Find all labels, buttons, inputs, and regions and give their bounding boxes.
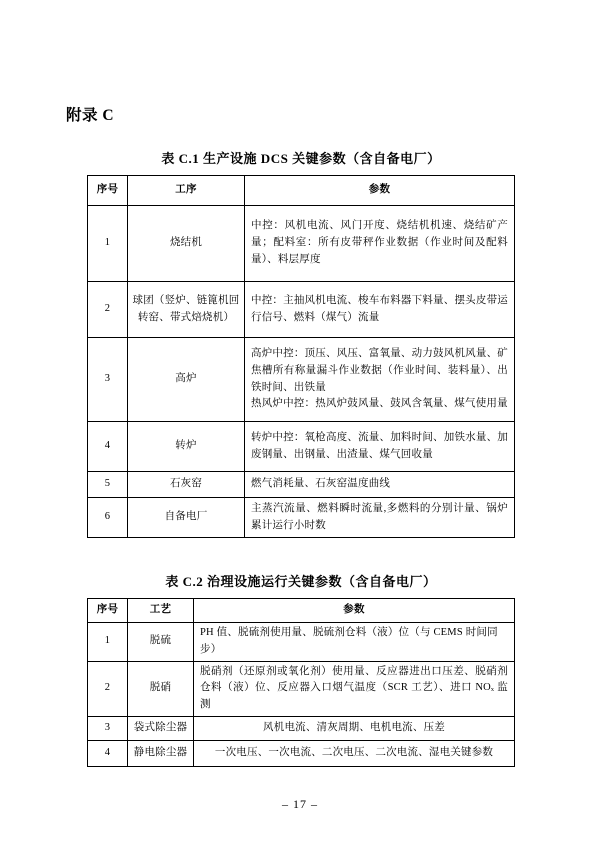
table-row: 3 袋式除尘器 风机电流、清灰周期、电机电流、压差 <box>88 716 515 740</box>
row-process: 转炉 <box>128 422 245 472</box>
table-c2-title: 表 C.2 治理设施运行关键参数（含自备电厂） <box>87 571 515 590</box>
row-params-line: 高炉中控：顶压、风压、富氧量、动力鼓风机风量、矿焦槽所有称量漏斗作业数据（作业时… <box>251 346 508 396</box>
row-process: 烧结机 <box>128 206 245 282</box>
row-no: 1 <box>88 206 128 282</box>
row-no: 2 <box>88 282 128 338</box>
row-params: 高炉中控：顶压、风压、富氧量、动力鼓风机风量、矿焦槽所有称量漏斗作业数据（作业时… <box>245 338 515 422</box>
row-params: 中控：风机电流、风门开度、烧结机机速、烧结矿产量；配料室：所有皮带秤作业数据（作… <box>245 206 515 282</box>
row-no: 4 <box>88 740 128 766</box>
table-c1-header-process: 工序 <box>128 176 245 206</box>
table-c1-header-params: 参数 <box>245 176 515 206</box>
row-params: 脱硝剂（还原剂或氧化剂）使用量、反应器进出口压差、脱硝剂仓料（液）位、反应器入口… <box>194 661 515 716</box>
row-process: 自备电厂 <box>128 498 245 538</box>
row-no: 2 <box>88 661 128 716</box>
row-params: 风机电流、清灰周期、电机电流、压差 <box>194 716 515 740</box>
row-params: 转炉中控：氧枪高度、流量、加料时间、加铁水量、加废钢量、出钢量、出渣量、煤气回收… <box>245 422 515 472</box>
page-number: – 17 – <box>0 797 600 812</box>
table-row: 1 脱硫 PH 值、脱硫剂使用量、脱硫剂仓料（液）位（与 CEMS 时间同步） <box>88 623 515 662</box>
table-c1-header-no: 序号 <box>88 176 128 206</box>
row-process: 球团（竖炉、链篦机回转窑、带式焙烧机） <box>128 282 245 338</box>
table-row: 4 静电除尘器 一次电压、一次电流、二次电压、二次电流、湿电关键参数 <box>88 740 515 766</box>
row-process: 静电除尘器 <box>128 740 194 766</box>
row-params: 燃气消耗量、石灰窑温度曲线 <box>245 472 515 498</box>
table-c2-header-process: 工艺 <box>128 599 194 623</box>
table-c1-block: 表 C.1 生产设施 DCS 关键参数（含自备电厂） 序号 工序 参数 1 烧结… <box>87 148 515 538</box>
row-params: 中控：主抽风机电流、梭车布料器下料量、摆头皮带运行信号、燃料（煤气）流量 <box>245 282 515 338</box>
row-no: 5 <box>88 472 128 498</box>
row-process: 脱硝 <box>128 661 194 716</box>
table-c1-title: 表 C.1 生产设施 DCS 关键参数（含自备电厂） <box>87 148 515 167</box>
row-no: 4 <box>88 422 128 472</box>
table-row: 2 球团（竖炉、链篦机回转窑、带式焙烧机） 中控：主抽风机电流、梭车布料器下料量… <box>88 282 515 338</box>
row-no: 3 <box>88 716 128 740</box>
row-params-line: 热风炉中控：热风炉鼓风量、鼓风含氧量、煤气使用量 <box>251 396 508 413</box>
table-c2-header-row: 序号 工艺 参数 <box>88 599 515 623</box>
table-row: 5 石灰窑 燃气消耗量、石灰窑温度曲线 <box>88 472 515 498</box>
table-c1: 序号 工序 参数 1 烧结机 中控：风机电流、风门开度、烧结机机速、烧结矿产量；… <box>87 175 515 538</box>
row-process: 高炉 <box>128 338 245 422</box>
table-row: 3 高炉 高炉中控：顶压、风压、富氧量、动力鼓风机风量、矿焦槽所有称量漏斗作业数… <box>88 338 515 422</box>
table-row: 4 转炉 转炉中控：氧枪高度、流量、加料时间、加铁水量、加废钢量、出钢量、出渣量… <box>88 422 515 472</box>
row-params: 一次电压、一次电流、二次电压、二次电流、湿电关键参数 <box>194 740 515 766</box>
table-c2: 序号 工艺 参数 1 脱硫 PH 值、脱硫剂使用量、脱硫剂仓料（液）位（与 CE… <box>87 598 515 767</box>
row-no: 1 <box>88 623 128 662</box>
row-params: 主蒸汽流量、燃料瞬时流量,多燃料的分别计量、锅炉累计运行小时数 <box>245 498 515 538</box>
table-c2-header-params: 参数 <box>194 599 515 623</box>
row-process: 袋式除尘器 <box>128 716 194 740</box>
appendix-heading: 附录 C <box>66 103 600 125</box>
row-process: 脱硫 <box>128 623 194 662</box>
table-c2-header-no: 序号 <box>88 599 128 623</box>
row-params: PH 值、脱硫剂使用量、脱硫剂仓料（液）位（与 CEMS 时间同步） <box>194 623 515 662</box>
table-row: 6 自备电厂 主蒸汽流量、燃料瞬时流量,多燃料的分别计量、锅炉累计运行小时数 <box>88 498 515 538</box>
row-no: 3 <box>88 338 128 422</box>
table-c2-block: 表 C.2 治理设施运行关键参数（含自备电厂） 序号 工艺 参数 1 脱硫 PH… <box>87 571 515 767</box>
table-row: 1 烧结机 中控：风机电流、风门开度、烧结机机速、烧结矿产量；配料室：所有皮带秤… <box>88 206 515 282</box>
row-process: 石灰窑 <box>128 472 245 498</box>
row-no: 6 <box>88 498 128 538</box>
document-page: 附录 C 表 C.1 生产设施 DCS 关键参数（含自备电厂） 序号 工序 参数… <box>0 0 600 848</box>
table-row: 2 脱硝 脱硝剂（还原剂或氧化剂）使用量、反应器进出口压差、脱硝剂仓料（液）位、… <box>88 661 515 716</box>
table-c1-header-row: 序号 工序 参数 <box>88 176 515 206</box>
